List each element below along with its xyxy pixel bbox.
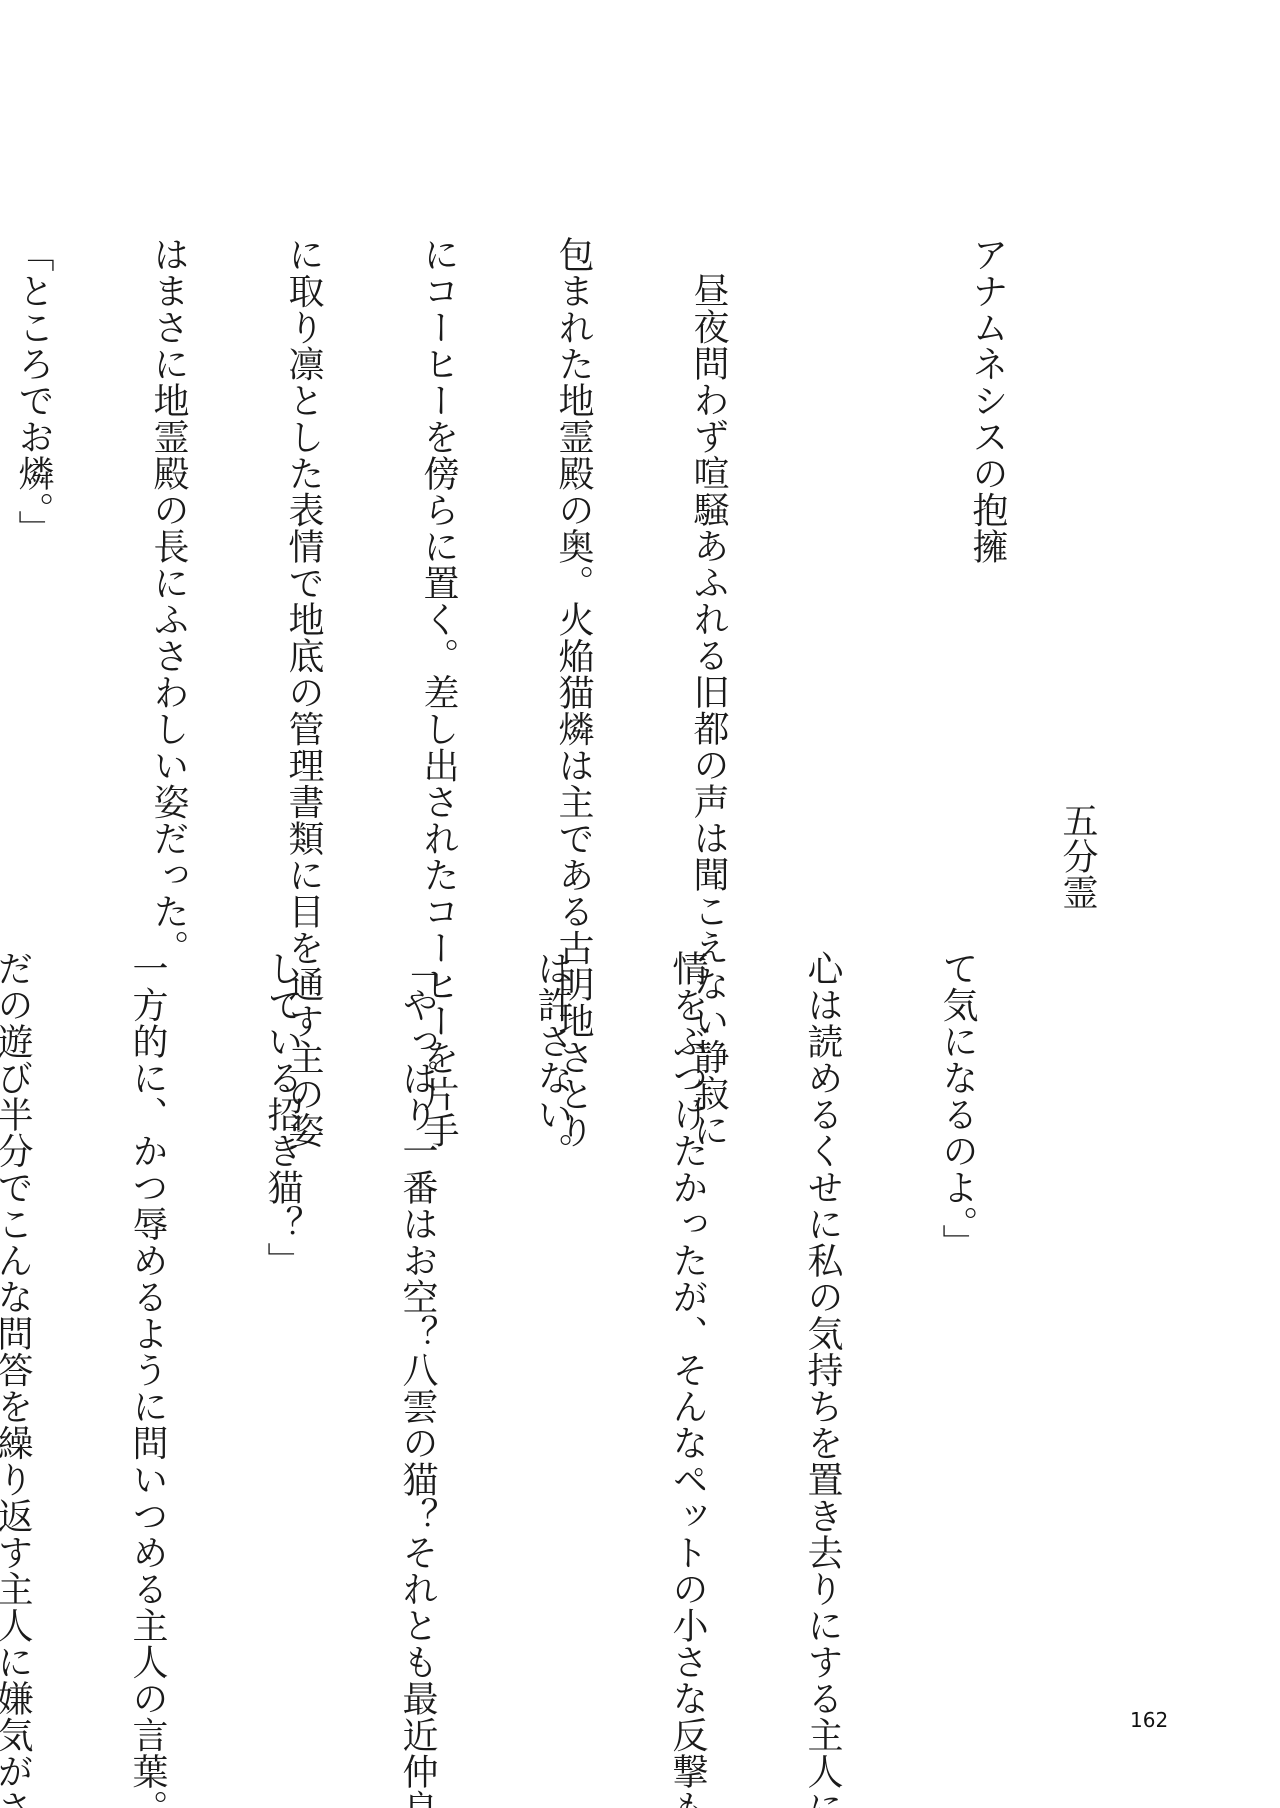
text-line: にコーヒーを傍らに置く。差し出されたコーヒーを片手 (416, 236, 461, 916)
upper-text-tier: アナムネシスの抱擁 昼夜問わず喧騒あふれる旧都の声は聞こえない静寂に 包まれた地… (0, 236, 1100, 916)
text-line: は許さない。 (530, 950, 575, 1630)
text-line: 昼夜問わず喧騒あふれる旧都の声は聞こえない静寂に (686, 236, 731, 916)
text-line: 一方的に、かつ辱めるように問いつめる主人の言葉。た (125, 950, 170, 1630)
text-line: している招き猫？」 (260, 950, 305, 1630)
text-line: はまさに地霊殿の長にふさわしい姿だった。 (146, 236, 191, 916)
text-line: 包まれた地霊殿の奥。火焔猫燐は主である古明地さとり (551, 236, 596, 916)
text-line: だの遊び半分でこんな問答を繰り返す主人に嫌気がさす。 (0, 950, 35, 1630)
author-name-column: 五分霊 (1055, 802, 1100, 910)
author-name: 五分霊 (1057, 802, 1098, 910)
text-line: て気になるのよ。」 (935, 950, 980, 1630)
text-line: に取り凛とした表情で地底の管理書類に目を通す主の姿 (281, 236, 326, 916)
page-number: 162 (1130, 1708, 1168, 1732)
story-title: アナムネシスの抱擁 (965, 236, 1010, 916)
lower-text-tier: て気になるのよ。」 心は読めるくせに私の気持ちを置き去りにする主人に激 情をぶつ… (0, 950, 1070, 1630)
text-line: 「やっぱり一番はお空？八雲の猫？それとも最近仲良く (395, 950, 440, 1630)
text-line: 心は読めるくせに私の気持ちを置き去りにする主人に激 (800, 950, 845, 1630)
text-line: 情をぶつけたかったが、そんなペットの小さな反撃も主 (665, 950, 710, 1630)
book-page: アナムネシスの抱擁 昼夜問わず喧騒あふれる旧都の声は聞こえない静寂に 包まれた地… (0, 0, 1280, 1808)
text-line: 「ところでお燐。」 (11, 236, 56, 916)
